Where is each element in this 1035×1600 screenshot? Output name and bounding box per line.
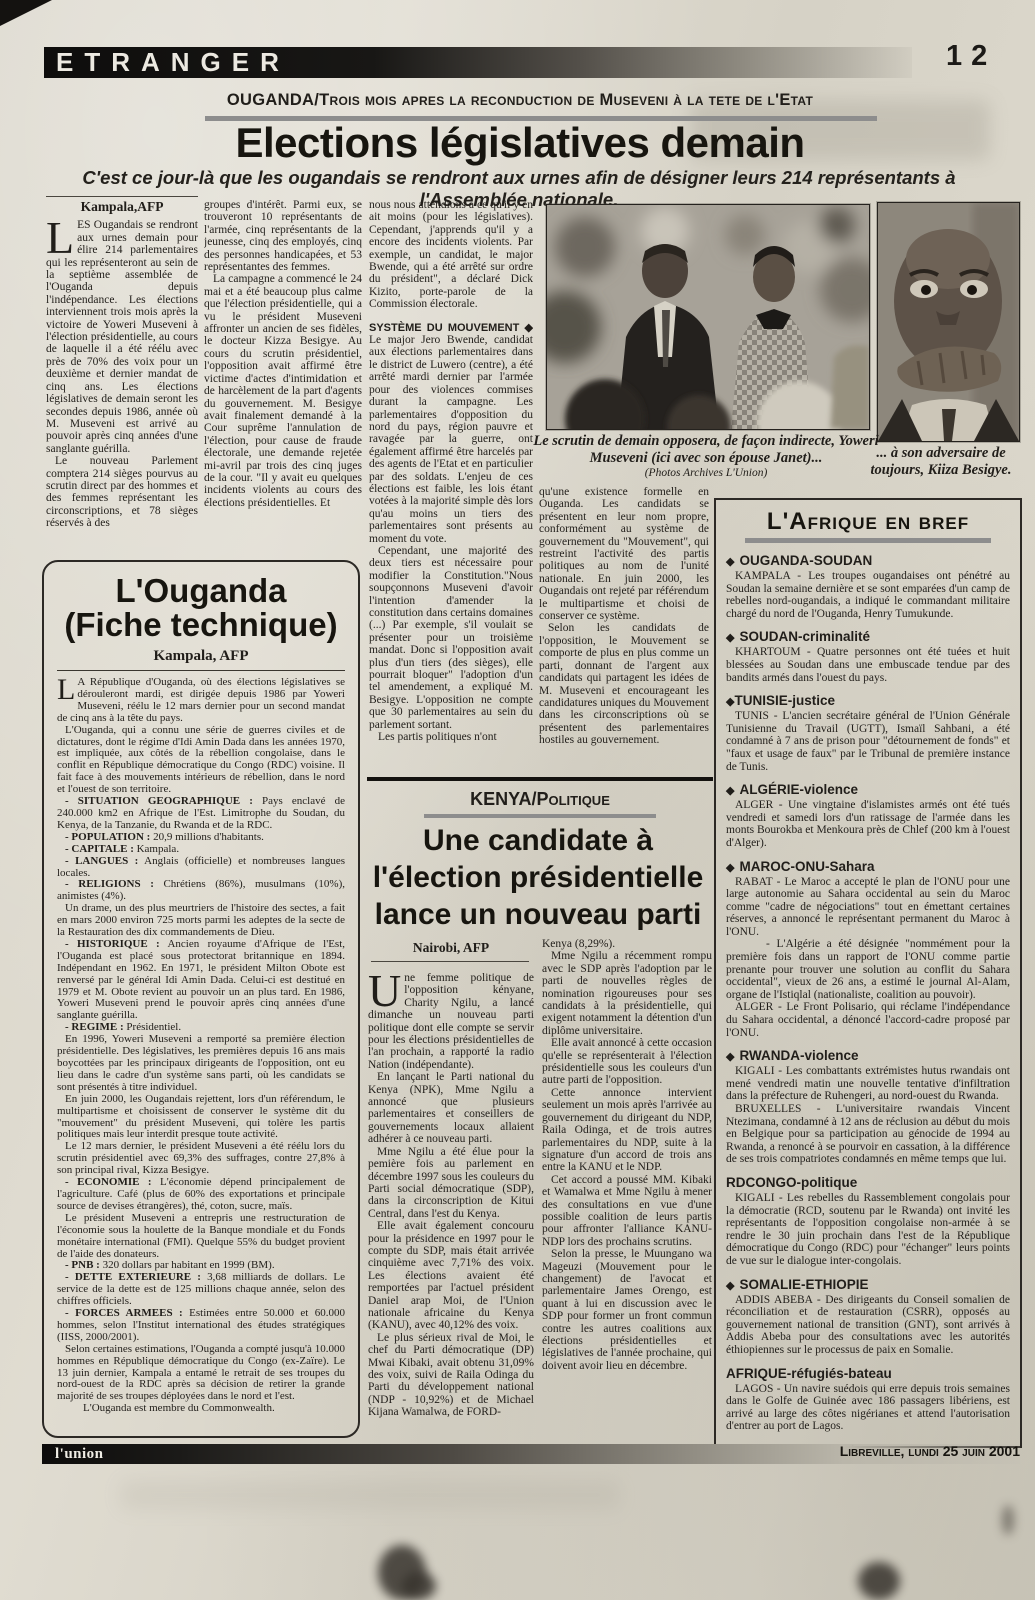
brief-body: LAGOS - Un navire suédois qui erre depui… — [726, 1383, 1010, 1433]
fiche-body: LA République d'Ouganda, où des élection… — [57, 677, 345, 1415]
lead-paragraph: groupes d'intérêt. Parmi eux, se trouver… — [204, 199, 362, 273]
kenya-paragraph: Elle avait annoncé à cette occasion qu'e… — [542, 1037, 712, 1087]
scan-smudge-artifact — [1002, 1505, 1014, 1535]
fiche-paragraph: Un drame, un des plus meurtriers de l'hi… — [57, 903, 345, 939]
fiche-paragraph: - RELIGIONS : Chrétiens (86%), musulmans… — [57, 879, 345, 903]
lead-paragraph: nous nous attendions à ce qu'il y en ait… — [369, 199, 533, 311]
fiche-byline-rule — [57, 670, 345, 671]
fiche-paragraph: L'Ouganda, qui a connu une série de guer… — [57, 725, 345, 796]
kenya-column-2: Kenya (8,29%). Mme Ngilu a récemment rom… — [542, 938, 712, 1458]
diamond-bullet-icon: ◆ — [726, 556, 734, 568]
kenya-byline-rule — [371, 961, 529, 962]
brief-item: ◆ALGÉRIE-violence ALGER - Une vingtaine … — [726, 782, 1010, 849]
briefs-title-underline — [745, 538, 991, 543]
brief-title: RDCONGO-politique — [726, 1175, 1010, 1190]
fiche-paragraph: Le 12 mars dernier, le président Museven… — [57, 1141, 345, 1177]
kenya-kicker: KENYA/Politique — [367, 789, 713, 810]
newspaper-brand: l'union — [55, 1446, 104, 1463]
diamond-bullet-icon: ◆ — [726, 785, 734, 797]
lead-column-3: nous nous attendions à ce qu'il y en ait… — [369, 199, 533, 773]
lead-paragraph: Le nouveau Parlement comptera 214 sièges… — [46, 455, 198, 529]
drop-cap: L — [46, 219, 77, 256]
brief-body: KHARTOUM - Quatre personnes ont été tuée… — [726, 646, 1010, 684]
drop-cap: L — [57, 677, 77, 702]
kenya-headline: Une candidate à l'élection présidentiell… — [360, 822, 716, 933]
brief-title: ◆TUNISIE-justice — [726, 693, 1010, 708]
brief-body: KAMPALA - Les troupes ougandaises ont pé… — [726, 570, 1010, 620]
kenya-paragraph: Le plus sérieux rival de Moi, le chef du… — [368, 1332, 534, 1419]
diamond-bullet-icon: ◆ — [726, 632, 734, 644]
lead-paragraph: SYSTÈME DU MOUVEMENT ◆ Le major Jero Bwe… — [369, 322, 533, 545]
afrique-en-bref-box: L'Afrique en bref ◆OUGANDA-SOUDAN KAMPAL… — [714, 498, 1022, 1448]
kenya-paragraph: Kenya (8,29%). — [542, 938, 712, 950]
photo-caption-side: ... à son adversaire de toujours, Kiiza … — [853, 445, 1029, 478]
photo-museveni-janet-image — [547, 205, 869, 429]
brief-body: KIGALI - Les rebelles du Rassemblement c… — [726, 1192, 1010, 1268]
fiche-paragraph: - FORCES ARMEES : Estimées entre 50.000 … — [57, 1308, 345, 1344]
fiche-paragraph: L'Ouganda est membre du Commonwealth. — [57, 1403, 345, 1415]
section-title: ETRANGER — [44, 47, 912, 78]
brief-title: ◆SOUDAN-criminalité — [726, 629, 1010, 644]
diamond-bullet-icon: ◆ — [726, 1051, 734, 1063]
kenya-top-rule — [367, 777, 713, 781]
photo-museveni-janet — [546, 204, 870, 430]
photo-credit: (Photos Archives L'Union) — [520, 466, 892, 480]
fiche-paragraph: En juin 2000, les Ougandais rejettent, l… — [57, 1094, 345, 1142]
brief-body: KIGALI - Les combattants extrémistes hut… — [726, 1065, 1010, 1103]
brief-title: ◆MAROC-ONU-Sahara — [726, 859, 1010, 874]
kenya-paragraph: Mme Ngilu a été élue pour la pemière foi… — [368, 1146, 534, 1220]
fiche-paragraph: - SITUATION GEOGRAPHIQUE : Pays enclavé … — [57, 796, 345, 832]
brief-item: ◆RWANDA-violence KIGALI - Les combattant… — [726, 1048, 1010, 1166]
fiche-technique-box: L'Ouganda (Fiche technique) Kampala, AFP… — [42, 560, 360, 1438]
kenya-paragraph: Elle avait également concouru pour la pr… — [368, 1220, 534, 1332]
ink-bleed-artifact — [120, 1480, 620, 1510]
kenya-paragraph: Une femme politique de l'opposition kény… — [368, 972, 534, 1071]
brief-title: ◆ALGÉRIE-violence — [726, 782, 1010, 797]
kenya-column-1: Une femme politique de l'opposition kény… — [368, 972, 534, 1458]
lead-paragraph: LES Ougandais se rendront aux urnes dema… — [46, 219, 198, 455]
scan-smudge-artifact — [402, 1572, 436, 1600]
photo-caption-main: Le scrutin de demain opposera, de façon … — [520, 433, 892, 480]
kenya-kicker-underline — [424, 814, 656, 818]
brief-body: - L'Algérie a été désignée "nommément po… — [726, 938, 1010, 1001]
footer-dateline: Libreville, lundi 25 juin 2001 — [770, 1443, 1020, 1459]
brief-item: ◆OUGANDA-SOUDAN KAMPALA - Les troupes ou… — [726, 553, 1010, 620]
runin-subhead: SYSTÈME DU MOUVEMENT ◆ — [369, 322, 533, 334]
brief-item: ◆SOMALIE-ETHIOPIE ADDIS ABEBA - Des diri… — [726, 1277, 1010, 1357]
scan-smudge-artifact — [858, 1562, 900, 1600]
fiche-paragraph: - HISTORIQUE : Ancien royaume d'Afrique … — [57, 939, 345, 1022]
lead-paragraph: La campagne a commencé le 24 mai et a ét… — [204, 273, 362, 509]
brief-body: RABAT - Le Maroc a accepté le plan de l'… — [726, 876, 1010, 939]
fiche-paragraph: LA République d'Ouganda, où des élection… — [57, 677, 345, 725]
kenya-paragraph: Cette annonce intervient seulement un mo… — [542, 1087, 712, 1174]
photo-besigye-image — [878, 203, 1019, 441]
brief-title: ◆OUGANDA-SOUDAN — [726, 553, 1010, 568]
brief-title: ◆SOMALIE-ETHIOPIE — [726, 1277, 1010, 1292]
kenya-paragraph: Mme Ngilu a récemment rompu avec le SDP … — [542, 950, 712, 1037]
brief-body: BRUXELLES - L'universitaire rwandais Vin… — [726, 1103, 1010, 1166]
kenya-paragraph: Selon la presse, le Muungano wa Mageuzi … — [542, 1248, 712, 1372]
newspaper-page: ETRANGER 12 OUGANDA/Trois mois apres la … — [0, 0, 1035, 1600]
fiche-paragraph: - ECONOMIE : L'économie dépend principal… — [57, 1177, 345, 1213]
kenya-paragraph: Cet accord a poussé MM. Kibaki et Wamalw… — [542, 1174, 712, 1248]
lead-kicker: OUGANDA/Trois mois apres la reconduction… — [150, 91, 890, 110]
fiche-title: L'Ouganda (Fiche technique) — [57, 574, 345, 642]
brief-item: ◆SOUDAN-criminalité KHARTOUM - Quatre pe… — [726, 629, 1010, 684]
section-header-bar: ETRANGER — [44, 47, 912, 78]
brief-title: AFRIQUE-réfugiés-bateau — [726, 1366, 1010, 1381]
lead-column-4: qu'une existence formelle en Ouganda. Le… — [539, 486, 709, 775]
lead-headline: Elections législatives demain — [150, 119, 890, 167]
diamond-bullet-icon: ◆ — [726, 862, 734, 874]
lead-paragraph: qu'une existence formelle en Ouganda. Le… — [539, 486, 709, 622]
brief-item: AFRIQUE-réfugiés-bateau LAGOS - Un navir… — [726, 1366, 1010, 1433]
lead-paragraph: Les partis politiques n'ont — [369, 731, 533, 743]
scan-corner-artifact — [0, 0, 52, 26]
brief-item: ◆MAROC-ONU-Sahara RABAT - Le Maroc a acc… — [726, 859, 1010, 1040]
lead-column-2: groupes d'intérêt. Parmi eux, se trouver… — [204, 199, 362, 560]
lead-column-1: Kampala,AFP LES Ougandais se rendront au… — [46, 196, 198, 560]
fiche-byline: Kampala, AFP — [57, 648, 345, 665]
fiche-paragraph: Le président Museveni a entrepris une re… — [57, 1213, 345, 1261]
brief-body: TUNIS - L'ancien secrétaire général de l… — [726, 710, 1010, 773]
brief-item: RDCONGO-politique KIGALI - Les rebelles … — [726, 1175, 1010, 1268]
lead-paragraph: Cependant, une majorité des deux tiers e… — [369, 545, 533, 731]
fiche-paragraph: En 1996, Yoweri Museveni a remporté sa p… — [57, 1034, 345, 1094]
fiche-paragraph: Selon certaines estimations, l'Ouganda a… — [57, 1344, 345, 1404]
brief-title: ◆RWANDA-violence — [726, 1048, 1010, 1063]
brief-body: ALGER - Une vingtaine d'islamistes armés… — [726, 799, 1010, 849]
byline-rule — [46, 196, 198, 197]
brief-item: ◆TUNISIE-justice TUNIS - L'ancien secrét… — [726, 693, 1010, 773]
fiche-paragraph: - DETTE EXTERIEURE : 3,68 milliards de d… — [57, 1272, 345, 1308]
brief-body: ADDIS ABEBA - Des dirigeants du Conseil … — [726, 1294, 1010, 1357]
kenya-byline: Nairobi, AFP — [381, 940, 521, 956]
lead-paragraph: Selon les candidats de l'opposition, le … — [539, 622, 709, 746]
photo-besigye — [877, 202, 1020, 442]
briefs-title: L'Afrique en bref — [726, 508, 1010, 536]
brief-body: ALGER - Le Front Polisario, qui réclame … — [726, 1001, 1010, 1039]
page-number: 12 — [946, 40, 996, 73]
kenya-paragraph: En lançant le Parti national du Kenya (N… — [368, 1071, 534, 1145]
drop-cap: U — [368, 972, 404, 1009]
fiche-paragraph: - LANGUES : Anglais (officielle) et nomb… — [57, 856, 345, 880]
diamond-bullet-icon: ◆ — [726, 1280, 734, 1292]
